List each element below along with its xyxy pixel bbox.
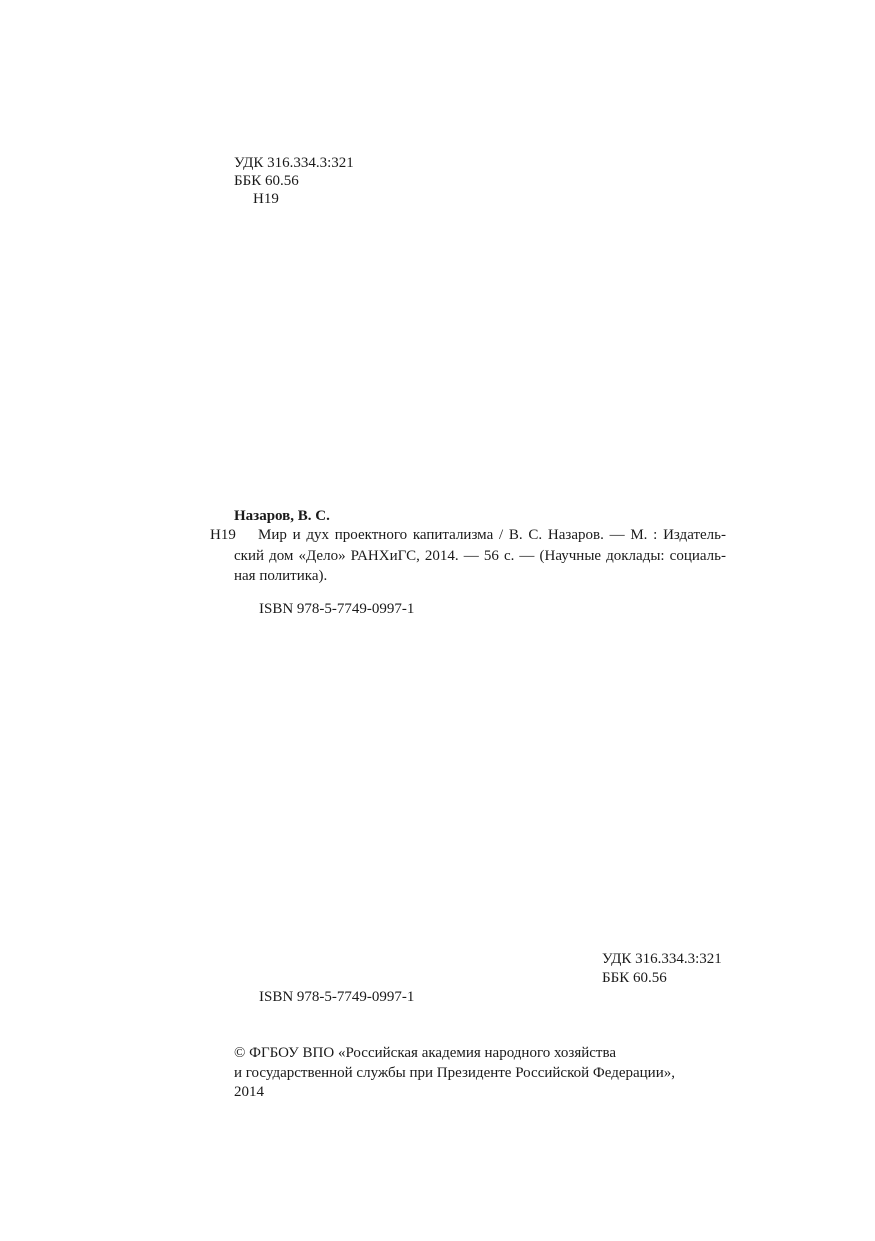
bbk-code: ББК 60.56 [234, 172, 354, 190]
author-name: Назаров, В. С. [234, 507, 330, 525]
udk-code: УДК 316.334.3:321 [602, 950, 722, 969]
udk-code: УДК 316.334.3:321 [234, 154, 354, 172]
top-classification: УДК 316.334.3:321 ББК 60.56 Н19 [234, 154, 354, 208]
copyright-line: 2014 [234, 1083, 675, 1103]
bottom-classification: УДК 316.334.3:321 ББК 60.56 [602, 950, 722, 988]
entry-line: ский дом «Дело» РАНХиГС, 2014. — 56 с. —… [234, 546, 726, 567]
copyright-line: © ФГБОУ ВПО «Российская академия народно… [234, 1044, 675, 1064]
copyright-notice: © ФГБОУ ВПО «Российская академия народно… [234, 1044, 675, 1103]
bibliographic-description: Н19 Мир и дух проектного капитализма / В… [234, 525, 726, 587]
bbk-code: ББК 60.56 [602, 969, 722, 988]
entry-author-mark: Н19 [210, 525, 236, 546]
entry-line: Мир и дух проектного капитализма / В. С.… [234, 525, 726, 546]
entry-line: ная политика). [234, 566, 726, 587]
author-mark: Н19 [234, 190, 354, 208]
isbn: ISBN 978-5-7749-0997-1 [259, 600, 414, 618]
copyright-line: и государственной службы при Президенте … [234, 1064, 675, 1084]
isbn-bottom: ISBN 978-5-7749-0997-1 [259, 988, 414, 1006]
